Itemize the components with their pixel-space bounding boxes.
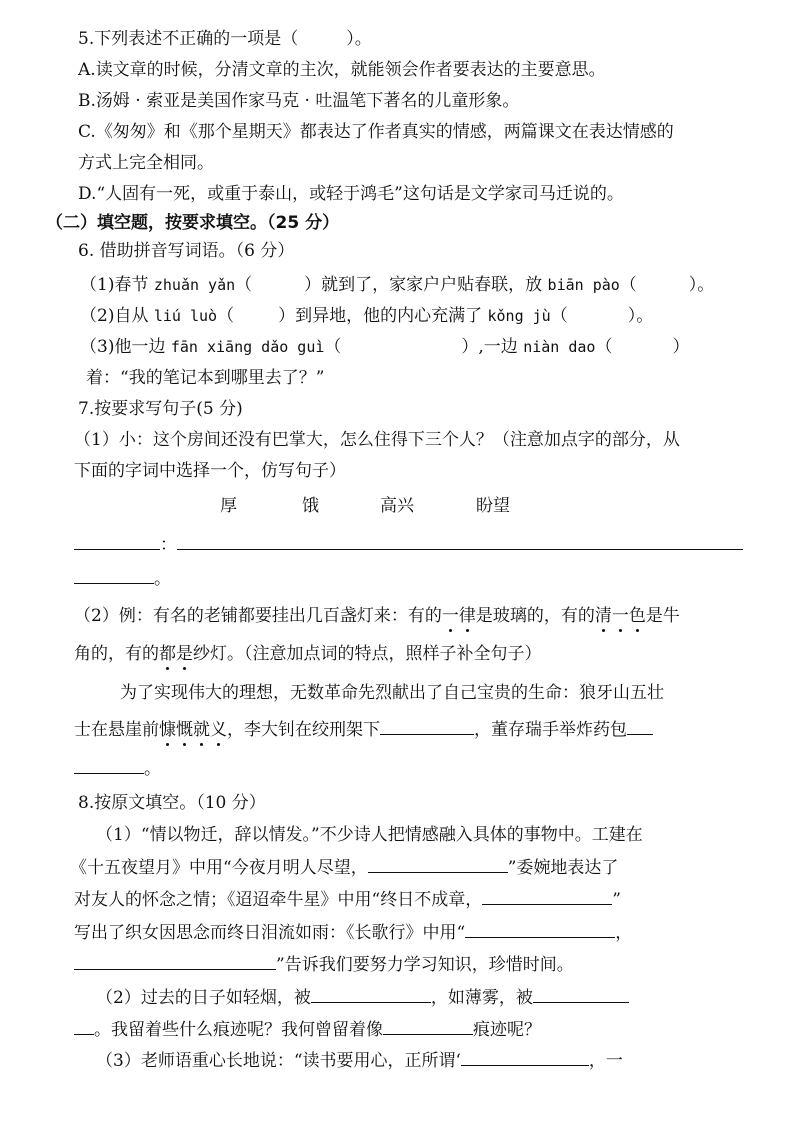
answer-blank-sentence[interactable]	[177, 535, 743, 550]
q5-stem-end: ）。	[346, 29, 372, 49]
text: ，李大钊在绞刑架下	[227, 720, 380, 740]
pinyin: liú luò	[154, 307, 217, 325]
item-text: 春节	[114, 275, 148, 295]
option-label: D.	[78, 184, 96, 204]
text: 士在悬崖前	[74, 720, 159, 740]
item-number: （1)	[80, 275, 114, 295]
text: 是玻璃的，有的	[476, 606, 595, 626]
item-number: （3)	[80, 337, 114, 357]
text: 痕迹呢？	[473, 1020, 541, 1040]
word-choice: 高兴	[380, 495, 476, 517]
answer-blank[interactable]	[482, 890, 612, 905]
q8-p1-line2: 《十五夜望月》中用“今夜月明人尽望，”委婉地表达了	[70, 857, 618, 879]
answer-blank[interactable]	[368, 858, 508, 873]
item-end: ）	[672, 337, 689, 357]
text: 《十五夜望月》中用“今夜月明人尽望，	[70, 858, 368, 878]
q5-option-c-cont: 方式上完全相同。	[78, 152, 214, 174]
answer-blank[interactable]	[627, 720, 653, 735]
q5-option-a: A.读文章的时候，分清文章的主次，就能领会作者要表达的主要意思。	[78, 59, 606, 81]
q6-item-1: （1)春节 zhuǎn yǎn（）就到了，家家户户贴春联，放 biān pào（…	[80, 274, 714, 296]
q6-item-3: （3)他一边 fān xiāng dǎo guì（）,一边 niàn dao（）	[80, 336, 689, 358]
answer-blank[interactable]	[380, 720, 474, 735]
text: （2）过去的日子如轻烟，被	[96, 988, 311, 1008]
pinyin: fān xiāng dǎo guì	[171, 338, 325, 356]
section-2-title: （二）填空题，按要求填空。（25 分）	[46, 212, 339, 234]
q8-p3-line1: （3）老师语重心长地说：“读书要用心，正所谓‘，一	[96, 1050, 623, 1072]
text: 纱灯。（注意加点词的特点，照样子补全句子）	[193, 644, 542, 664]
option-text: 读文章的时候，分清文章的主次，就能领会作者要表达的主要意思。	[96, 60, 606, 80]
text: （3）老师语重心长地说：“读书要用心，正所谓‘	[96, 1051, 461, 1071]
text: ，董存瑞手举炸药包	[474, 720, 627, 740]
q7-part2-line3: 为了实现伟大的理想，无数革命先烈献出了自己宝贵的生命：狼牙山五壮	[120, 682, 664, 704]
answer-blank-cont[interactable]	[74, 1020, 94, 1035]
item-text: 到异地，他的内心充满了	[295, 306, 482, 326]
word-choice: 盼望	[476, 495, 510, 517]
q8-p1-line1: （1）“情以物迁，辞以情发。”不少诗人把情感融入具体的事物中。工建在	[96, 824, 643, 846]
dotted-word: 慷慨就义	[159, 720, 227, 740]
text: （2）例：有名的老铺都要挂出几百盏灯来：有的	[74, 606, 442, 626]
option-label: A.	[78, 60, 96, 80]
text: 对友人的怀念之情；《迢迢牵牛星》中用“终日不成章，	[74, 890, 482, 910]
q7-answer-line-1: ：	[74, 534, 743, 556]
text: ”告诉我们要努力学习知识，珍惜时间。	[276, 955, 574, 975]
text: 是牛	[646, 606, 680, 626]
item-text: 他一边	[114, 337, 165, 357]
answer-blank[interactable]	[311, 988, 431, 1003]
dotted-word: 都是	[159, 644, 193, 664]
q5-option-d: D.“人固有一死，或重于泰山，或轻于鸿毛”这句话是文学家司马迁说的。	[78, 183, 624, 205]
q7-answer-line-2: 。	[74, 568, 171, 590]
q6-item-2: （2)自从 liú luò（）到异地，他的内心充满了 kǒng jù（）。	[80, 305, 653, 327]
answer-blank-word[interactable]	[74, 535, 160, 550]
item-text: ,一边	[478, 337, 517, 357]
q7-word-choices: 厚饿高兴盼望	[220, 495, 510, 517]
dotted-word: 一律	[442, 606, 476, 626]
option-label: B.	[78, 91, 96, 111]
text: 。我留着些什么痕迹呢？我何曾留着像	[94, 1020, 383, 1040]
answer-blank-sentence-cont[interactable]	[74, 569, 154, 584]
q8-title: 8.按原文填空。（10 分）	[78, 792, 266, 814]
q8-p1-line4: 写出了织女因思念而终日泪流如雨：《长歌行》中用“，	[74, 922, 632, 944]
q5-option-c: C.《匆匆》和《那个星期天》都表达了作者真实的情感，两篇课文在表达情感的	[78, 121, 674, 143]
answer-blank[interactable]	[383, 1020, 473, 1035]
q7-part1-line2: 下面的字词中选择一个，仿写句子）	[74, 460, 346, 482]
q7-part2-line5: 。	[74, 758, 161, 780]
q7-title: 7.按要求写句子(5 分)	[78, 398, 243, 420]
q8-p2-line2: 。我留着些什么痕迹呢？我何曾留着像痕迹呢？	[74, 1019, 541, 1041]
dotted-word: 清一色	[595, 606, 646, 626]
text: ，一	[589, 1051, 623, 1071]
q7-part2-line1: （2）例：有名的老铺都要挂出几百盏灯来：有的一律是玻璃的，有的清一色是牛	[74, 605, 680, 627]
q8-p2-line1: （2）过去的日子如轻烟，被，如薄雾，被	[96, 987, 629, 1009]
q5-stem: 5.下列表述不正确的一项是（）。	[78, 28, 372, 50]
pinyin: kǒng jù	[487, 307, 550, 325]
item-text: 就到了，家家户户贴春联，放	[321, 275, 542, 295]
option-text: 《匆匆》和《那个星期天》都表达了作者真实的情感，两篇课文在表达情感的	[96, 122, 674, 142]
q5-stem-text: 5.下列表述不正确的一项是（	[78, 29, 298, 49]
word-choice: 饿	[302, 495, 380, 517]
option-label: C.	[78, 122, 96, 142]
q7-part2-line4: 士在悬崖前慷慨就义，李大钊在绞刑架下，董存瑞手举炸药包	[74, 719, 653, 741]
option-text: 汤姆 · 索亚是美国作家马克 · 吐温笔下著名的儿童形象。	[96, 91, 519, 111]
word-choice: 厚	[220, 495, 302, 517]
q7-part2-line2: 角的，有的都是纱灯。（注意加点词的特点，照样子补全句子）	[74, 643, 542, 665]
text: ”	[612, 890, 621, 910]
q7-part1-line1: （1）小：这个房间还没有巴掌大，怎么住得下三个人？（注意加点字的部分，从	[74, 429, 680, 451]
item-number: （2)	[80, 306, 114, 326]
q6-item-3-cont: 着：“我的笔记本到哪里去了？”	[86, 367, 324, 389]
item-end: ）。	[628, 306, 654, 326]
pinyin: zhuǎn yǎn	[154, 276, 235, 294]
pinyin: niàn dao	[523, 338, 595, 356]
answer-blank[interactable]	[461, 1051, 589, 1066]
option-text: “人固有一死，或重于泰山，或轻于鸿毛”这句话是文学家司马迁说的。	[96, 184, 623, 204]
text: ”委婉地表达了	[508, 858, 619, 878]
q5-option-b: B.汤姆 · 索亚是美国作家马克 · 吐温笔下著名的儿童形象。	[78, 90, 519, 112]
text: ，如薄雾，被	[431, 988, 533, 1008]
text: 角的，有的	[74, 644, 159, 664]
item-end: ）。	[689, 275, 715, 295]
item-text: 自从	[114, 306, 148, 326]
q8-p1-line5: ”告诉我们要努力学习知识，珍惜时间。	[74, 954, 574, 976]
text: 写出了织女因思念而终日泪流如雨：《长歌行》中用“	[74, 923, 465, 943]
answer-blank-cont[interactable]	[74, 759, 144, 774]
text: ，	[615, 923, 632, 943]
pinyin: biān pào	[548, 276, 620, 294]
answer-blank[interactable]	[533, 988, 629, 1003]
q6-title: 6. 借助拼音写词语。（6 分）	[78, 240, 294, 262]
answer-blank[interactable]	[74, 955, 276, 970]
q8-p1-line3: 对友人的怀念之情；《迢迢牵牛星》中用“终日不成章，”	[74, 889, 621, 911]
answer-blank[interactable]	[465, 923, 615, 938]
